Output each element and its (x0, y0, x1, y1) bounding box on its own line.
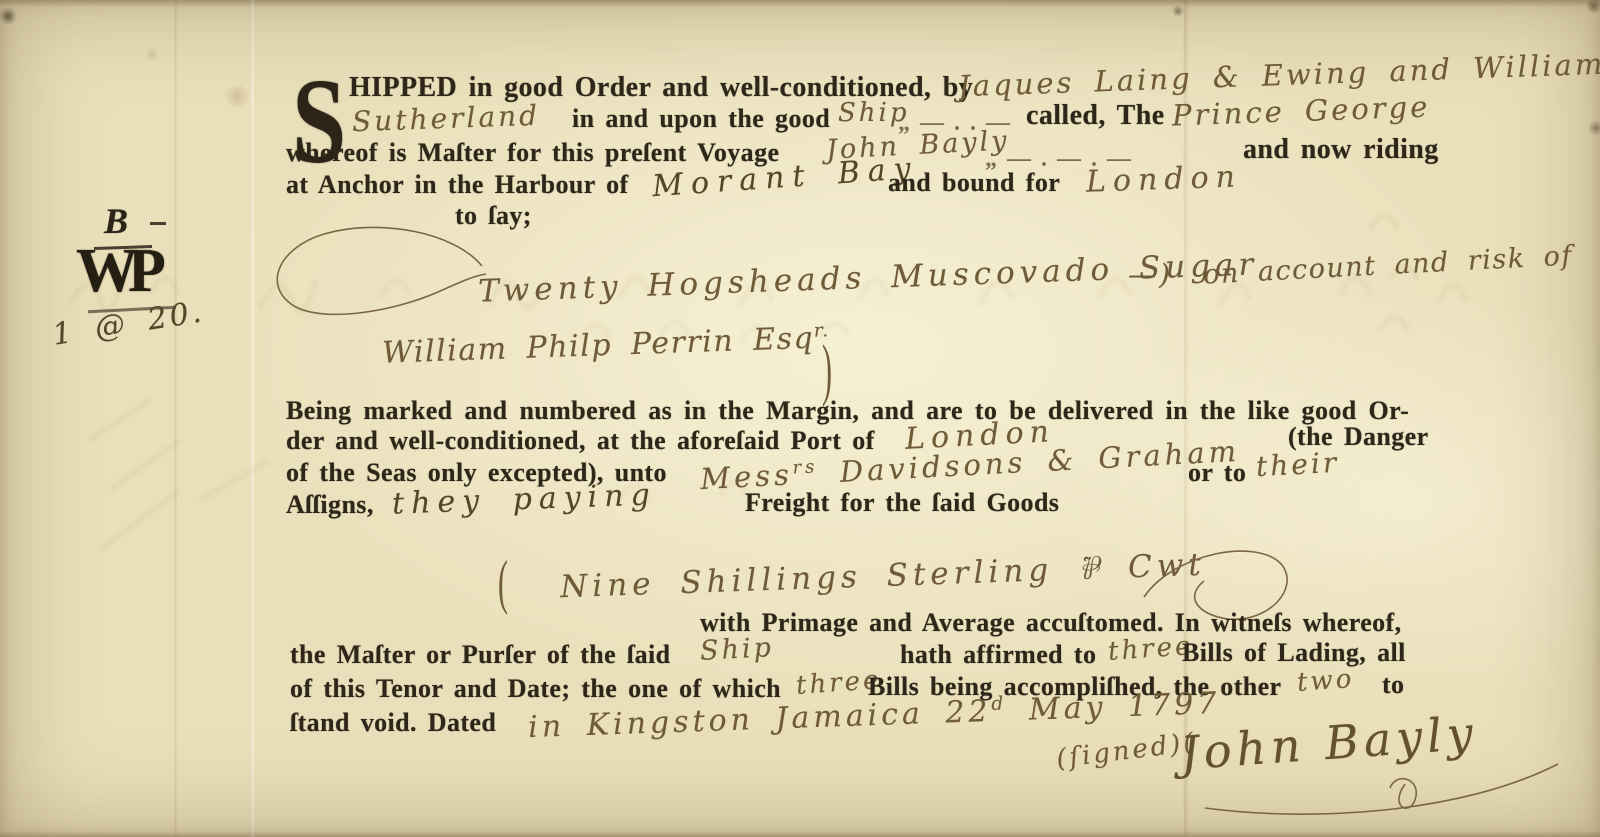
printed-primage: with Primage and Average accuſtomed. In … (700, 608, 1402, 638)
printed-at-anchor: at Anchor in the Harbour of (286, 170, 629, 200)
ship-word-2-text: Ship (699, 632, 774, 667)
cargo-flourish-text: —) (1128, 258, 1173, 291)
printed-der-conditioned: der and well-conditioned, at the aforeſa… (286, 426, 875, 456)
printed-to-word: to (1382, 670, 1404, 700)
printed-tenor-date: of this Tenor and Date; the one of which (290, 674, 781, 704)
or-to-text: or to (1188, 458, 1246, 487)
printed-or-to: or to (1188, 458, 1246, 488)
handwritten-destination: London (1085, 159, 1242, 199)
printed-hath-affirmed: hath affirmed to (900, 640, 1096, 670)
printed-stand-void-dated: ſtand void. Dated (290, 708, 496, 738)
stand-void-dated-text: ſtand void. Dated (290, 708, 496, 737)
called-the-text: called, The (1026, 100, 1165, 131)
margin-mark-monogram: WP (76, 236, 156, 307)
vessel-name-text: Prince George (1171, 90, 1430, 133)
printed-whereof-master: whereof is Maſter for this preſent Voyag… (286, 138, 779, 168)
freight-rate-text: Nine Shillings Sterling ⅌ Cwt (560, 547, 1207, 606)
two-text: two (1296, 664, 1355, 698)
freight-open-text: ( (498, 550, 508, 616)
freight-goods-text: Freight for the ſaid Goods (745, 488, 1059, 517)
printed-master-purser: the Maſter or Purſer of the ſaid (290, 640, 671, 670)
dropcap-text: S (292, 54, 346, 189)
bound-for-text: and bound for (888, 168, 1060, 197)
whereof-master-text: whereof is Maſter for this preſent Voyag… (286, 138, 779, 167)
destination-text: London (1085, 159, 1242, 199)
printed-now-riding: and now riding (1243, 134, 1439, 166)
margin-mark-dash (150, 222, 166, 225)
shipper-surname-text: Sutherland (351, 99, 540, 139)
printed-being-marked: Being marked and numbered as in the Marg… (286, 396, 1409, 426)
margin-mark-b-text: B (104, 201, 128, 241)
flourish-cargo-loop (268, 224, 488, 320)
margin-mark-wp-text: WP (76, 237, 156, 305)
bill-of-lading-document: B WP 1 @ 20. S HIPPED in good Order and … (0, 0, 1600, 837)
bills-of-lading-text: Bills of Lading, all (1182, 638, 1406, 667)
now-riding-text: and now riding (1243, 134, 1439, 165)
printed-in-and-upon: in and upon the good (572, 104, 830, 134)
in-and-upon-text: in and upon the good (572, 104, 830, 133)
tenor-date-text: of this Tenor and Date; the one of which (290, 674, 781, 703)
date-superscript: d (991, 693, 1008, 715)
handwritten-their: their (1255, 446, 1340, 483)
printed-bills-of-lading: Bills of Lading, all (1182, 638, 1406, 668)
handwritten-freight-rate: Nine Shillings Sterling ⅌ Cwt (559, 543, 1206, 608)
printed-bound-for: and bound for (888, 168, 1060, 198)
printed-assigns: Aſſigns, (286, 490, 374, 520)
master-purser-text: the Maſter or Purſer of the ſaid (290, 640, 671, 669)
bleed-through-marks (60, 380, 300, 580)
assigns-text: Aſſigns, (286, 490, 374, 519)
being-marked-text: Being marked and numbered as in the Marg… (286, 396, 1409, 425)
at-anchor-text: at Anchor in the Harbour of (286, 170, 629, 199)
printed-freight-goods: Freight for the ſaid Goods (745, 488, 1059, 518)
handwritten-shipper-surname: Sutherland (351, 99, 540, 139)
handwritten-ship-word-2: Ship (699, 632, 774, 667)
handwritten-two: two (1296, 664, 1355, 698)
consignee-superscript: rs (792, 456, 819, 478)
to-word-text: to (1382, 670, 1404, 699)
hath-affirmed-text: hath affirmed to (900, 640, 1096, 669)
flourish-after-sugar: —) (1128, 258, 1173, 291)
handwritten-vessel-name: Prince George (1171, 90, 1430, 133)
der-conditioned-text: der and well-conditioned, at the aforeſa… (286, 426, 875, 455)
primage-text: with Primage and Average accuſtomed. In … (700, 608, 1402, 637)
printed-called-the: called, The (1026, 100, 1165, 132)
flourish-open-freight: ( (498, 550, 508, 618)
flourish-signature-underline (1150, 712, 1580, 824)
their-text: their (1255, 446, 1340, 483)
